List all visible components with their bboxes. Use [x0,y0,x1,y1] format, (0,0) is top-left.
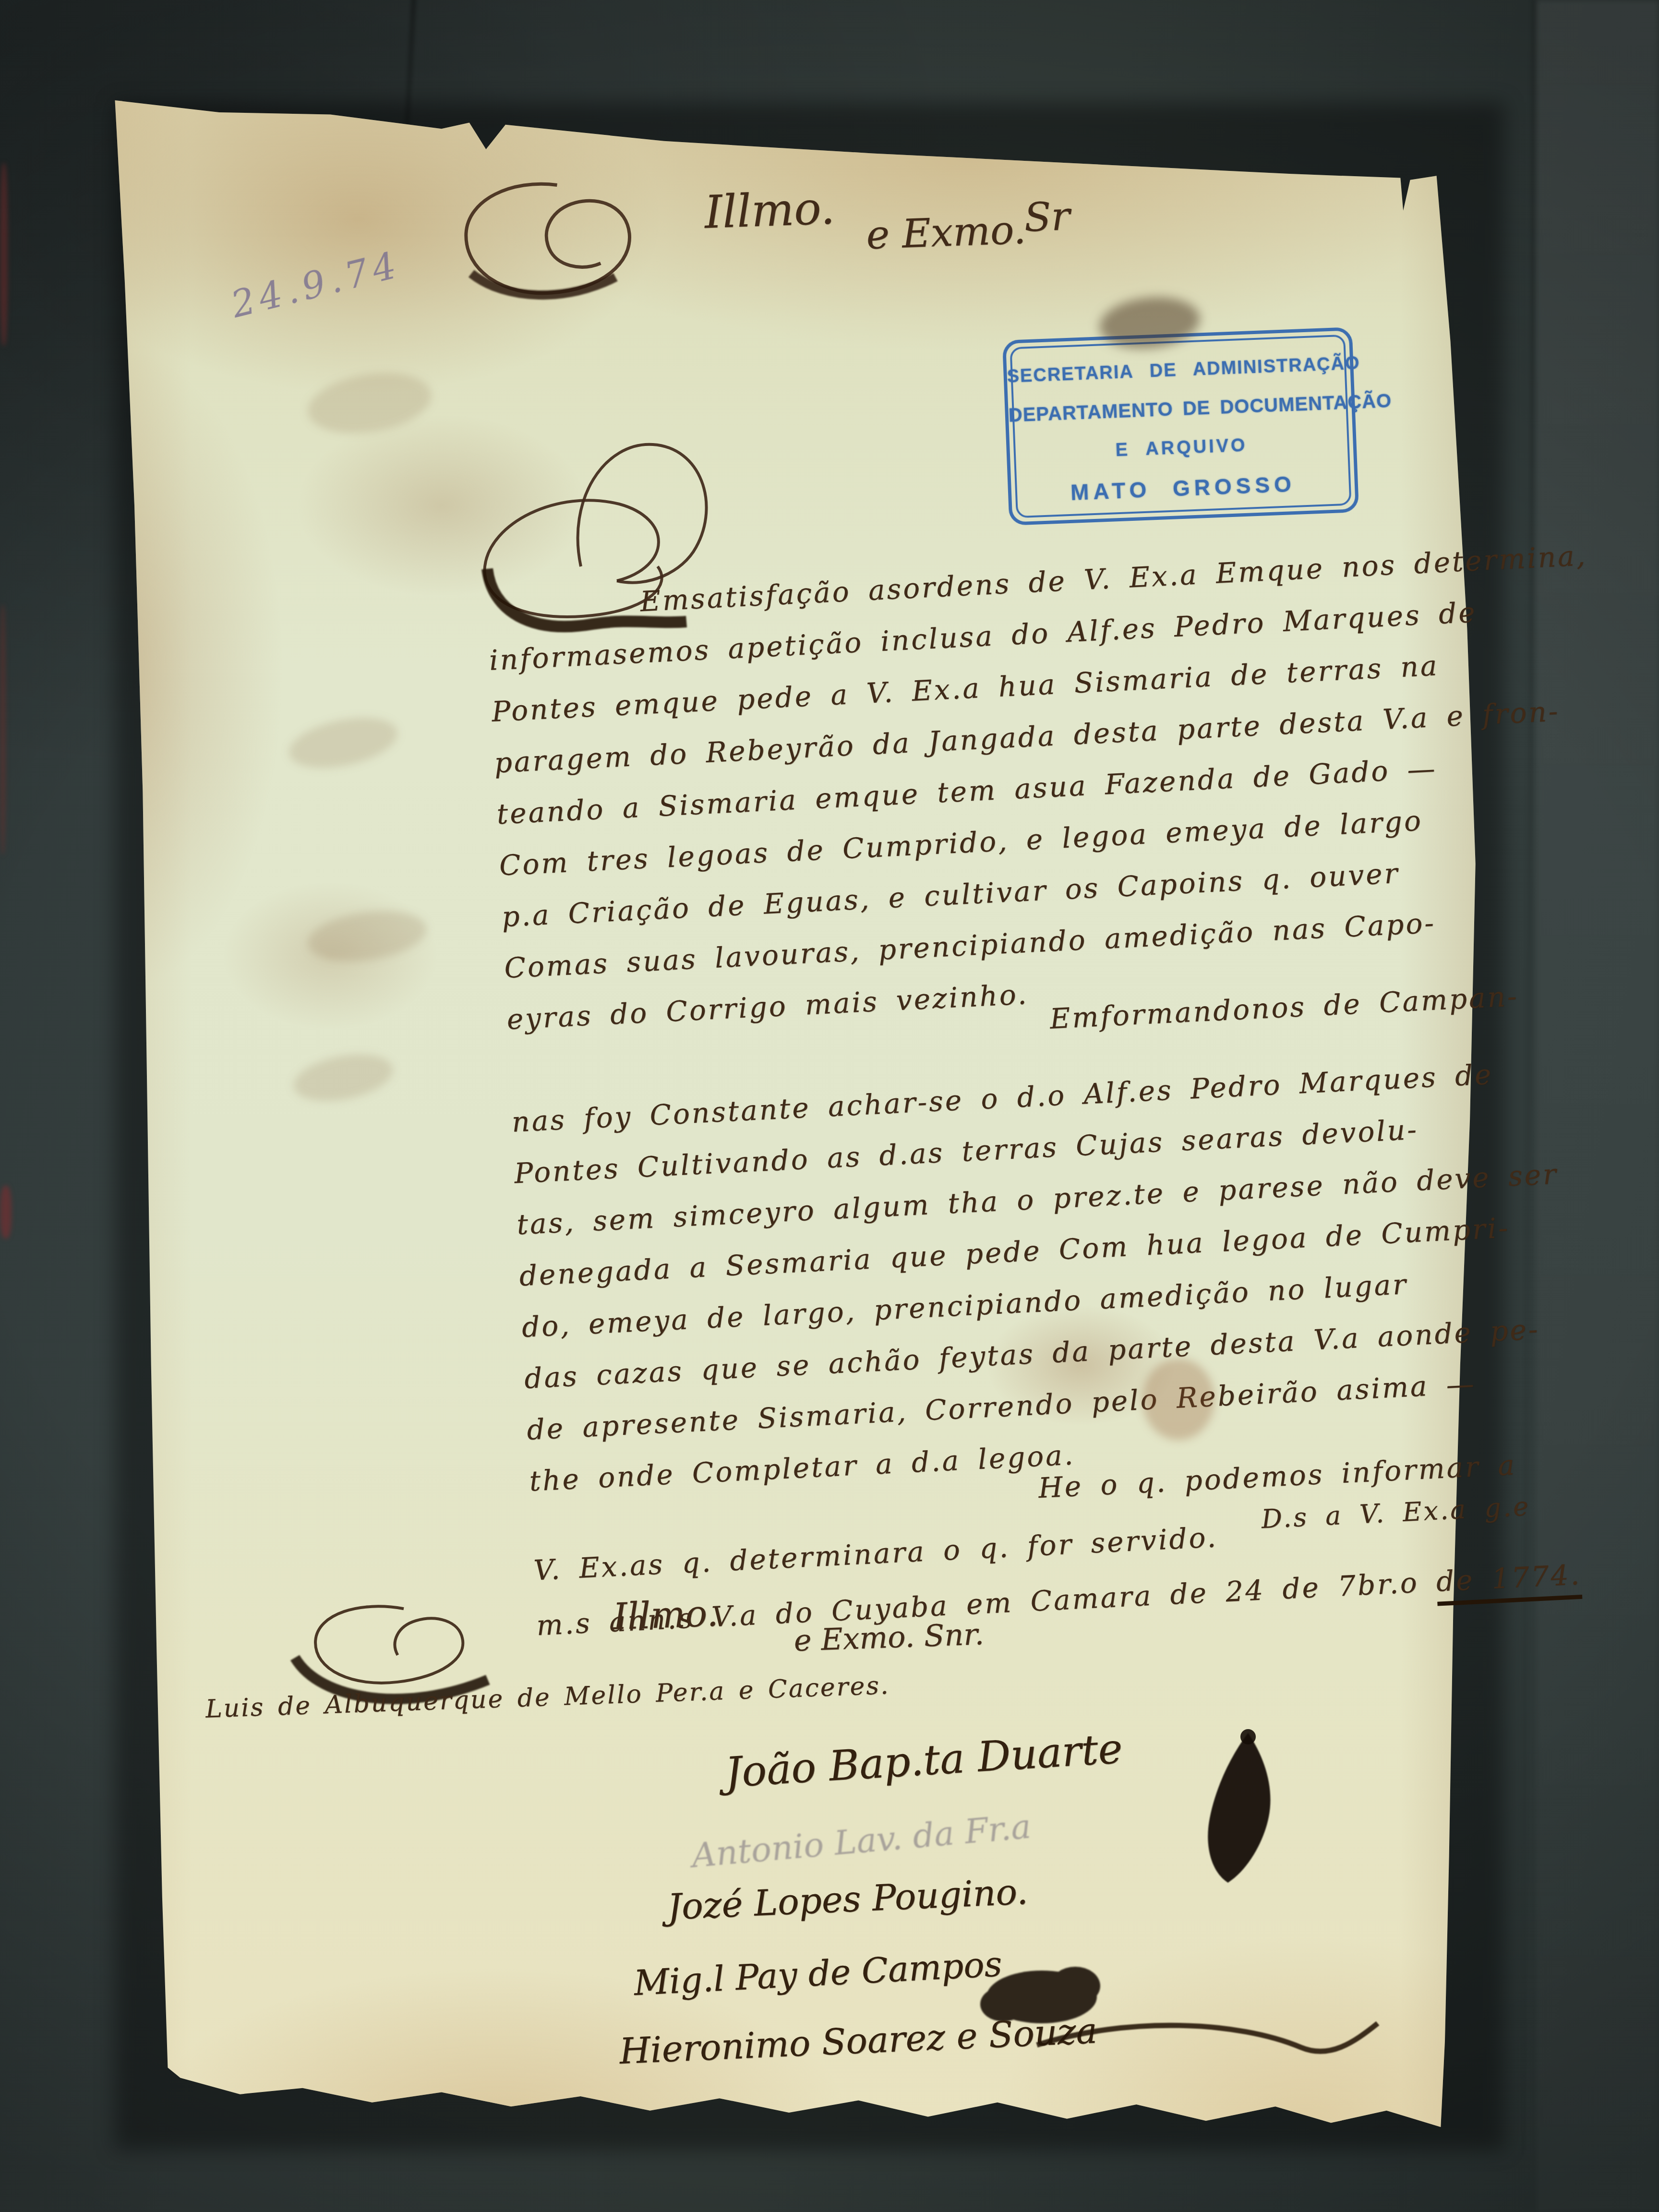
address-exmo: e Exmo. Snr. [793,1619,985,1656]
date-year-underlined: de 1774. [1435,1558,1582,1606]
cloth-crease [1521,0,1536,2212]
salutation-illmo: Illmo. [704,186,835,235]
ink-blot [1176,1728,1286,1891]
red-edge-streak [0,1186,12,1238]
calligraphic-flourish [454,172,674,314]
red-edge-streak [0,163,8,346]
salutation-exmo: e Exmo. [866,210,1026,255]
handwriting-line: D.s a V. Ex.a g.e [1261,1493,1531,1532]
red-edge-streak [0,605,6,854]
cloth-highlight [1536,0,1659,2212]
signature-flourish [1032,2007,1392,2074]
handwriting-line: Emformandonos de Campan- [1049,982,1519,1033]
salutation-block: Illmo. e Exmo. Sr [454,155,1179,338]
archival-photo: 24.9.74 SECRETARIA DE ADMINISTRAÇÃO DEPA… [0,0,1659,2212]
paper-stain [1142,1358,1214,1440]
salutation-sr: Sr [1023,197,1070,238]
handwriting-line: eyras do Corrigo mais vezinho. [506,980,1029,1034]
letter-body: Emsatisfação asordens de V. Ex.a Emque n… [485,522,1537,1698]
handwriting-line: the onde Completar a d.a legoa. [529,1441,1075,1495]
address-illmo: Illmo. [613,1595,719,1635]
archive-stamp: SECRETARIA DE ADMINISTRAÇÃO DEPARTAMENTO… [1002,327,1359,526]
handwriting-line: He o q. podemos informar a [1038,1451,1517,1502]
